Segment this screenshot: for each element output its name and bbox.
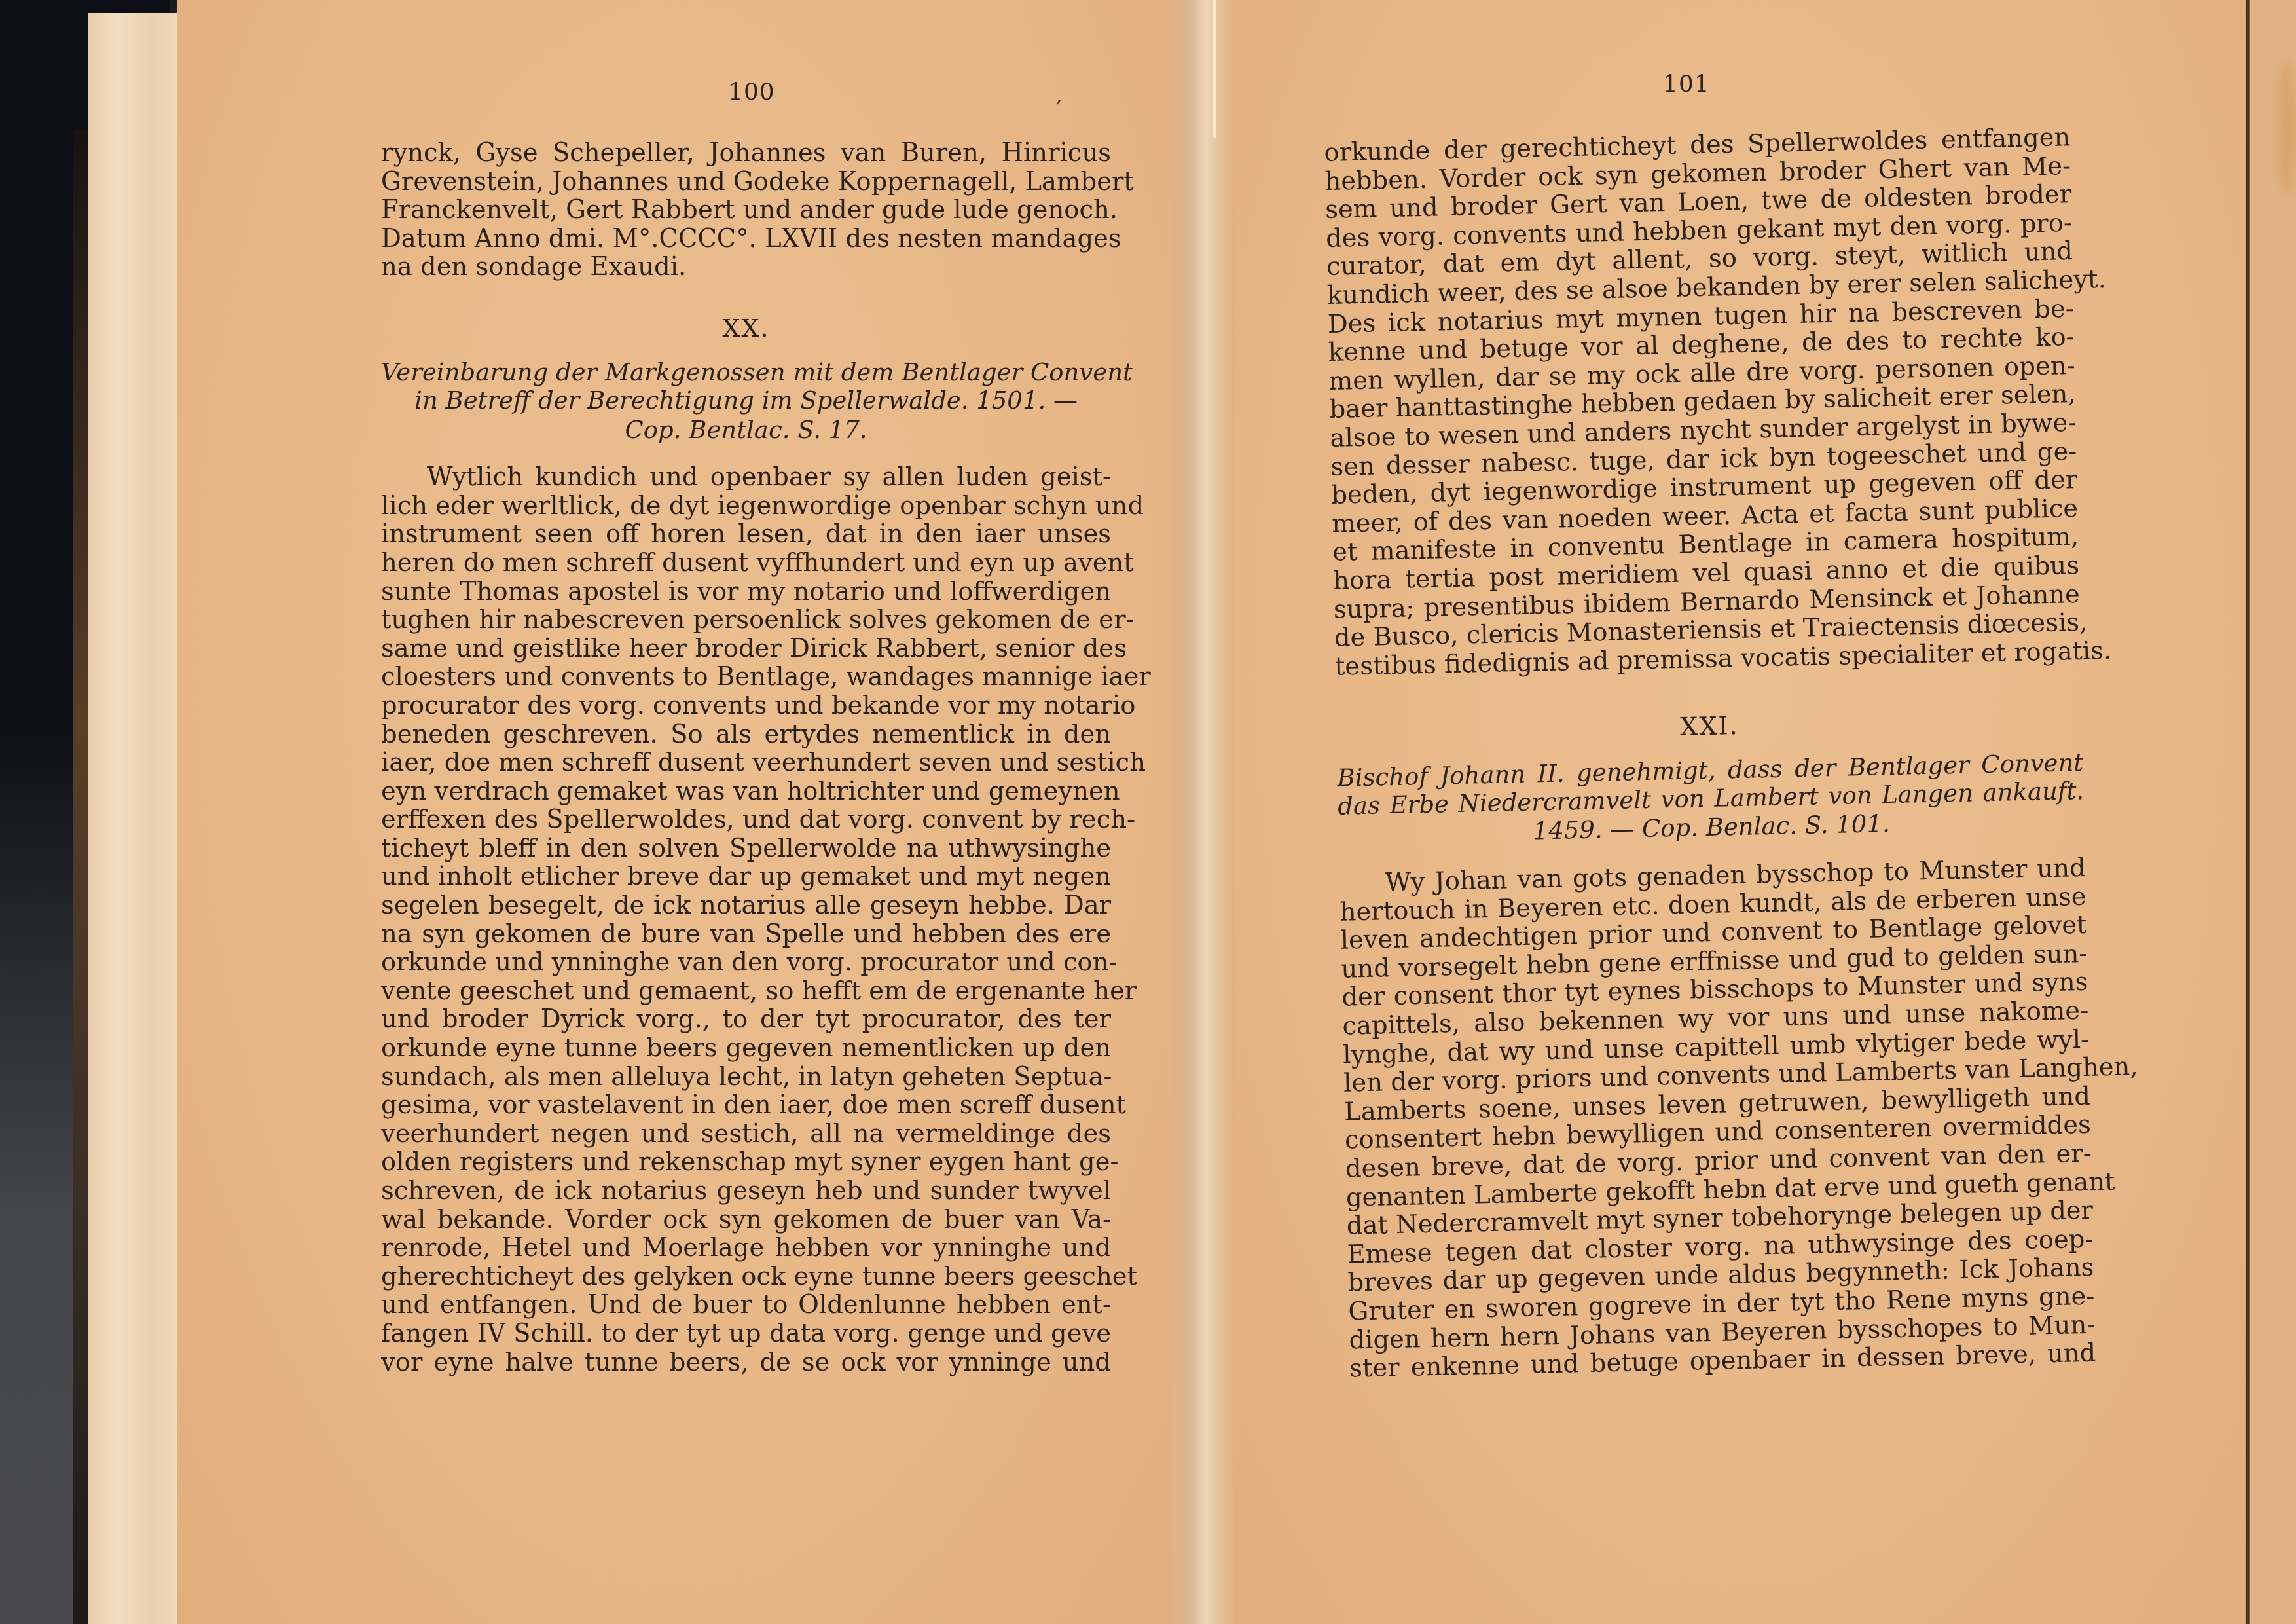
text-line: Grevenstein, Johannes und Godeke Koppern… xyxy=(381,168,1111,196)
text-line: ticheyt bleff in den solven Spellerwolde… xyxy=(381,834,1111,863)
section-body: Wy Johan van gots genaden bysschop to Mu… xyxy=(1339,854,2096,1383)
text-line: renrode, Hetel und Moerlage hebben vor y… xyxy=(381,1234,1111,1263)
text-line: cloesters und convents to Bentlage, wand… xyxy=(381,663,1111,692)
text-line: sundach, als men alleluya lecht, in laty… xyxy=(381,1063,1111,1092)
text-line: olden registers und rekenschap myt syner… xyxy=(381,1148,1111,1177)
continuation-paragraph: rynck, Gyse Schepeller, Johannes van Bur… xyxy=(381,139,1111,282)
page-number-right: 101 xyxy=(1663,71,1710,98)
text-line: vente geeschet und gemaent, so hefft em … xyxy=(381,977,1111,1006)
text-line: heren do men schreff dusent vyffhundert … xyxy=(381,549,1111,578)
next-page-strip xyxy=(2250,0,2296,1624)
text-line: na den sondage Exaudi. xyxy=(381,253,1111,282)
text-line: orkunde eyne tunne beers gegeven nementl… xyxy=(381,1034,1111,1063)
text-line: schreven, de ick notarius geseyn heb und… xyxy=(381,1177,1111,1206)
text-line: eyn verdrach gemaket was van holtrichter… xyxy=(381,777,1111,806)
text-line: rynck, Gyse Schepeller, Johannes van Bur… xyxy=(381,139,1111,168)
right-page-text: orkunde der gerechticheyt des Spellerwol… xyxy=(1324,123,2096,1383)
text-line: same und geistlike heer broder Dirick Ra… xyxy=(381,635,1111,663)
text-line: tughen hir nabescreven persoenlick solve… xyxy=(381,606,1111,635)
text-line: und broder Dyrick vorg., to der tyt proc… xyxy=(381,1005,1111,1034)
section-title: Vereinbarung der Markgenossen mit dem Be… xyxy=(381,358,1111,445)
text-line: Franckenvelt, Gert Rabbert und ander gud… xyxy=(381,196,1111,225)
text-line: wal bekande. Vorder ock syn gekomen de b… xyxy=(381,1206,1111,1234)
book-gutter xyxy=(1172,0,1234,1624)
section-number: XX. xyxy=(381,314,1111,343)
text-line: orkunde und ynninghe van den vorg. procu… xyxy=(381,948,1111,977)
page-edges-stack xyxy=(88,13,178,1624)
text-line: na syn gekomen de bure van Spelle und he… xyxy=(381,920,1111,949)
text-line: iaer, doe men schreff dusent veerhundert… xyxy=(381,748,1111,777)
text-line: instrument seen off horen lesen, dat in … xyxy=(381,520,1111,549)
text-line: fangen IV Schill. to der tyt up data vor… xyxy=(381,1319,1111,1348)
section-body: Wytlich kundich und openbaer sy allen lu… xyxy=(381,463,1111,1376)
gutter-fold xyxy=(1213,0,1216,138)
text-line: Wytlich kundich und openbaer sy allen lu… xyxy=(381,463,1111,492)
stray-mark: , xyxy=(1056,84,1063,107)
title-line: Vereinbarung der Markgenossen mit dem Be… xyxy=(381,358,1111,386)
text-line: procurator des vorg. convents und bekand… xyxy=(381,692,1111,720)
text-line: und inholt etlicher breve dar up gemaket… xyxy=(381,862,1111,891)
section-title: Bischof Johann II. genehmigt, dass der B… xyxy=(1337,748,2085,850)
text-line: beneden geschreven. So als ertydes nemen… xyxy=(381,720,1111,749)
text-line: gesima, vor vastelavent in den iaer, doe… xyxy=(381,1091,1111,1120)
text-line: erffexen des Spellerwoldes, und dat vorg… xyxy=(381,805,1111,834)
title-line: in Betreff der Berechtigung im Spellerwa… xyxy=(381,386,1111,415)
text-line: gherechticheyt des gelyken ock eyne tunn… xyxy=(381,1263,1111,1291)
paper-stain xyxy=(2277,62,2296,193)
title-line: Cop. Bentlac. S. 17. xyxy=(381,415,1111,445)
page-number-left: 100 xyxy=(728,79,775,105)
text-line: und entfangen. Und de buer to Oldenlunne… xyxy=(381,1291,1111,1319)
text-line: veerhundert negen und sestich, all na ve… xyxy=(381,1120,1111,1149)
text-line: vor eyne halve tunne beers, de se ock vo… xyxy=(381,1348,1111,1377)
text-line: segelen besegelt, de ick notarius alle g… xyxy=(381,891,1111,920)
continuation-paragraph: orkunde der gerechticheyt des Spellerwol… xyxy=(1324,123,2081,681)
text-line: sunte Thomas apostel is vor my notario u… xyxy=(381,578,1111,606)
text-line: Datum Anno dmi. M°.CCCC°. LXVII des nest… xyxy=(381,225,1111,253)
left-page-text: rynck, Gyse Schepeller, Johannes van Bur… xyxy=(381,139,1111,1376)
text-line: lich eder werltlick, de dyt iegenwordige… xyxy=(381,492,1111,521)
